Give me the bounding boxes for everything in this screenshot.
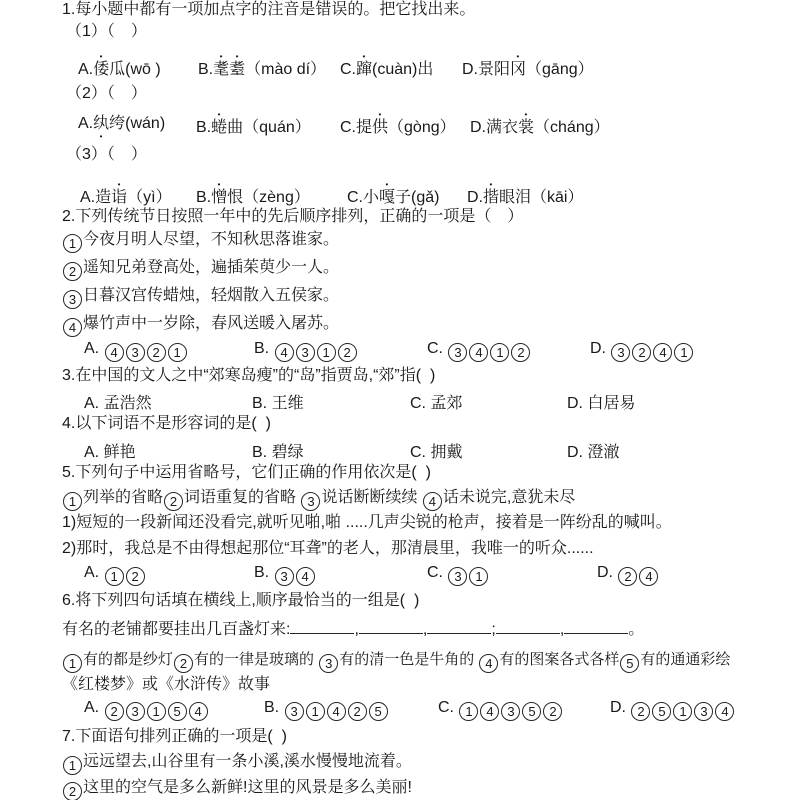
circled-number: 4 (479, 654, 498, 673)
circled-number: 1 (674, 343, 693, 362)
circled-number: 3 (275, 567, 294, 586)
q5-roles-line: 1列举的省略2词语重复的省略 3说话断断续续 4话未说完,意犹未尽 (62, 488, 575, 511)
option-a: A.纨绔(wán) (78, 110, 165, 141)
circled-number: 4 (189, 702, 208, 721)
option-suffix: (cuàn)出 (372, 61, 433, 78)
option-prefix: B. (196, 119, 211, 136)
option-prefix: C. (340, 61, 356, 78)
q3-header: 3.在中国的文人之中“郊寒岛瘦”的“岛”指贾岛,“郊”指( ) (62, 366, 435, 386)
item-text: 日暮汉宫传蜡烛，轻烟散入五侯家。 (83, 287, 339, 304)
phrase-text: 有的都是纱灯 (83, 651, 173, 668)
dotted-char: 憎 (211, 189, 227, 206)
option-d: D. 24 (597, 564, 659, 586)
circled-number: 2 (543, 702, 562, 721)
q4-header: 4.以下词语不是形容词的是( ) (62, 414, 271, 434)
q1-sub3-options-row: A.造诣（yì） B.憎恨（zèng） C.小嘎子(gǎ) D.揩眼泪（kāi） (0, 180, 800, 204)
q2-item-1: 1今夜月明人尽望，不知秋思落谁家。 (62, 230, 339, 253)
q1-sub1-label: （1）（ ） (66, 22, 147, 42)
circled-number: 1 (147, 702, 166, 721)
option-c: C. 31 (427, 564, 489, 586)
role-text: 词语重复的省略 (184, 489, 300, 506)
option-a: A. 4321 (84, 340, 188, 362)
q5-header: 5.下列句子中运用省略号，它们正确的作用依次是( ) (62, 463, 431, 483)
option-prefix: D. (467, 189, 483, 206)
circled-number: 2 (511, 343, 530, 362)
circled-number: 5 (652, 702, 671, 721)
circled-number: 3 (285, 702, 304, 721)
circled-number: 3 (448, 567, 467, 586)
dotted-char: 揩 (483, 189, 499, 206)
option-c: C.蹿(cuàn)出 (340, 52, 433, 79)
option-d: D.景阳冈（gāng） (462, 52, 594, 79)
option-b: B. 碧绿 (252, 439, 304, 462)
dotted-char: 嘎 (379, 189, 395, 206)
circled-number: 2 (632, 343, 651, 362)
punct: 。 (628, 621, 644, 638)
dotted-char: 蹿 (356, 61, 372, 78)
circled-number: 3 (694, 702, 713, 721)
option-prefix: D.景阳 (462, 61, 510, 78)
blank-underline (359, 618, 423, 634)
option-prefix: C.小 (347, 189, 379, 206)
q2-item-2: 2遥知兄弟登高处，遍插茱萸少一人。 (62, 258, 339, 281)
item-text: 这里的空气是多么新鲜!这里的风景是多么美丽! (83, 779, 412, 796)
circled-number: 2 (174, 654, 193, 673)
dotted-char: 耄耋 (213, 61, 245, 78)
option-a: A. 23154 (84, 699, 209, 721)
circled-number: 2 (164, 492, 183, 511)
option-b: B. 王维 (252, 390, 304, 413)
option-c: C. 拥戴 (410, 439, 462, 462)
circled-number: 3 (319, 654, 338, 673)
blank-underline (496, 618, 560, 634)
role-text: 说话断断续续 (321, 489, 421, 506)
circled-number: 3 (611, 343, 630, 362)
circled-number: 5 (369, 702, 388, 721)
option-suffix: （mào dí） (245, 61, 326, 78)
circled-number: 4 (715, 702, 734, 721)
option-label: C. (438, 699, 458, 716)
circled-number: 1 (105, 567, 124, 586)
option-label: D. (590, 340, 610, 357)
option-c: C.小嘎子(gǎ) (347, 180, 440, 207)
option-d: D. 白居易 (567, 390, 635, 413)
circled-number: 4 (469, 343, 488, 362)
blank-underline (290, 618, 354, 634)
dotted-char: 供 (372, 119, 388, 136)
circled-number: 4 (480, 702, 499, 721)
option-prefix: A. (78, 115, 93, 132)
option-c: C. 3412 (427, 340, 531, 362)
circled-number: 5 (522, 702, 541, 721)
option-prefix: A.造 (80, 189, 111, 206)
q2-item-3: 3日暮汉宫传蜡烛，轻烟散入五侯家。 (62, 286, 339, 309)
dotted-char: 蜷 (211, 119, 227, 136)
circled-number: 3 (296, 343, 315, 362)
phrase-text: 有的通通彩绘 (640, 651, 730, 668)
option-label: A. (84, 564, 104, 581)
q3-options-row: A. 孟浩然 B. 王维 C. 孟郊 D. 白居易 (0, 390, 800, 414)
q6-stem-line: 有名的老铺都要挂出几百盏灯来:,,;,。 (62, 618, 644, 640)
circled-number: 4 (653, 343, 672, 362)
option-label: B. (254, 564, 274, 581)
option-label: B. (264, 699, 284, 716)
option-label: A. (84, 340, 104, 357)
q6-header: 6.将下列四句话填在横线上,顺序最恰当的一组是( ) (62, 591, 419, 611)
q7-item-2: 2这里的空气是多么新鲜!这里的风景是多么美丽! (62, 778, 412, 800)
option-a: A. 鲜艳 (84, 439, 136, 462)
circled-number: 4 (296, 567, 315, 586)
circled-number: 5 (168, 702, 187, 721)
item-text: 爆竹声中一岁除，春风送暖入屠苏。 (83, 315, 339, 332)
circled-number: 1 (459, 702, 478, 721)
option-label: C. (427, 340, 447, 357)
blank-underline (564, 618, 628, 634)
q2-options-row: A. 4321 B. 4312 C. 3412 D. 3241 (0, 340, 800, 364)
option-label: D. (597, 564, 617, 581)
dotted-char: 裳 (518, 119, 534, 136)
option-suffix: 子(gǎ) (395, 189, 439, 206)
role-text: 话未说完,意犹未尽 (443, 489, 575, 506)
q6-phrases-line: 1有的都是纱灯2有的一律是玻璃的 3有的清一色是牛角的 4有的图案各式各样5有的… (62, 650, 730, 673)
option-b: B. 34 (254, 564, 316, 586)
circled-number: 2 (105, 702, 124, 721)
option-suffix: （yì） (127, 189, 171, 206)
phrase-text: 有的图案各式各样 (499, 651, 619, 668)
item-text: 遥知兄弟登高处，遍插茱萸少一人。 (83, 259, 339, 276)
exam-page: 1.每小题中都有一项加点字的注音是错误的。把它找出来。 （1）（ ） A.倭瓜(… (0, 0, 800, 800)
q4-options-row: A. 鲜艳 B. 碧绿 C. 拥戴 D. 澄澈 (0, 439, 800, 463)
circled-number: 2 (63, 262, 82, 281)
q5-options-row: A. 12 B. 34 C. 31 D. 24 (0, 564, 800, 588)
circled-number: 3 (301, 492, 320, 511)
circled-number: 4 (639, 567, 658, 586)
circled-number: 2 (147, 343, 166, 362)
circled-number: 4 (423, 492, 442, 511)
circled-number: 1 (63, 492, 82, 511)
phrase-text: 有的清一色是牛角的 (339, 651, 478, 668)
option-prefix: D.满衣 (470, 119, 518, 136)
q1-sub1-options-row: A.倭瓜(wō ) B.耄耋（mào dí） C.蹿(cuàn)出 D.景阳冈（… (0, 52, 800, 76)
option-prefix: A. (78, 61, 93, 78)
circled-number: 4 (275, 343, 294, 362)
circled-number: 3 (126, 702, 145, 721)
option-d: D.揩眼泪（kāi） (467, 180, 583, 207)
q7-item-1: 1远远望去,山谷里有一条小溪,溪水慢慢地流着。 (62, 752, 412, 775)
option-label: C. (427, 564, 447, 581)
dotted-char: 倭 (93, 61, 109, 78)
circled-number: 2 (631, 702, 650, 721)
option-d: D.满衣裳（cháng） (470, 110, 610, 137)
q6-phrases-tail: 《红楼梦》或《水浒传》故事 (62, 675, 270, 695)
option-suffix: 恨（zèng） (227, 189, 310, 206)
option-a: A. 12 (84, 564, 146, 586)
option-suffix: 曲（quán） (227, 119, 311, 136)
option-a: A. 孟浩然 (84, 390, 152, 413)
circled-number: 1 (63, 234, 82, 253)
q7-header: 7.下面语句排列正确的一项是( ) (62, 727, 287, 747)
dotted-char: 冈 (510, 61, 526, 78)
q1-sub3-label: （3）（ ） (66, 145, 147, 165)
q6-options-row: A. 23154 B. 31425 C. 14352 D. 25134 (0, 699, 800, 723)
circled-number: 2 (348, 702, 367, 721)
option-suffix: 绔(wán) (109, 115, 165, 132)
option-d: D. 3241 (590, 340, 694, 362)
q5-sentence-2: 2)那时，我总是不由得想起那位“耳聋”的老人，那清晨里，我唯一的听众...... (62, 539, 594, 559)
circled-number: 3 (448, 343, 467, 362)
dotted-char: 诣 (111, 189, 127, 206)
option-d: D. 澄澈 (567, 439, 619, 462)
option-suffix: （gāng） (526, 61, 594, 78)
item-text: 今夜月明人尽望，不知秋思落谁家。 (83, 231, 339, 248)
circled-number: 1 (63, 654, 82, 673)
q1-sub2-options-row: A.纨绔(wán) B.蜷曲（quán） C.提供（gòng） D.满衣裳（ch… (0, 110, 800, 134)
circled-number: 1 (63, 756, 82, 775)
option-c: C.提供（gòng） (340, 110, 456, 137)
circled-number: 1 (490, 343, 509, 362)
option-c: C. 14352 (438, 699, 563, 721)
q5-sentence-1: 1)短短的一段新闻还没看完,就听见啪,啪 .....几声尖锐的枪声，接着是一阵纷… (62, 513, 672, 533)
circled-number: 1 (168, 343, 187, 362)
circled-number: 4 (63, 318, 82, 337)
option-a: A.倭瓜(wō ) (78, 52, 161, 79)
circled-number: 1 (469, 567, 488, 586)
role-text: 列举的省略 (83, 489, 163, 506)
option-suffix: （cháng） (534, 119, 610, 136)
option-d: D. 25134 (610, 699, 735, 721)
option-suffix: 瓜(wō ) (109, 61, 161, 78)
option-suffix: 眼泪（kāi） (499, 189, 583, 206)
option-c: C. 孟郊 (410, 390, 462, 413)
option-b: B.憎恨（zèng） (196, 180, 310, 207)
option-a: A.造诣（yì） (80, 180, 172, 207)
circled-number: 4 (327, 702, 346, 721)
circled-number: 1 (317, 343, 336, 362)
q1-header: 1.每小题中都有一项加点字的注音是错误的。把它找出来。 (62, 0, 475, 20)
circled-number: 3 (501, 702, 520, 721)
stem-text: 有名的老铺都要挂出几百盏灯来: (62, 621, 290, 638)
q2-header: 2.下列传统节日按照一年中的先后顺序排列，正确的一项是（ ） (62, 207, 523, 227)
q1-sub2-label: （2）（ ） (66, 84, 147, 104)
blank-underline (427, 618, 491, 634)
option-prefix: B. (198, 61, 213, 78)
option-b: B.蜷曲（quán） (196, 110, 311, 137)
option-label: D. (610, 699, 630, 716)
circled-number: 2 (63, 782, 82, 800)
option-b: B. 31425 (264, 699, 389, 721)
circled-number: 5 (620, 654, 639, 673)
option-b: B. 4312 (254, 340, 358, 362)
q2-item-4: 4爆竹声中一岁除，春风送暖入屠苏。 (62, 314, 339, 337)
phrase-text: 有的一律是玻璃的 (194, 651, 318, 668)
item-text: 远远望去,山谷里有一条小溪,溪水慢慢地流着。 (83, 753, 412, 770)
circled-number: 2 (338, 343, 357, 362)
circled-number: 1 (673, 702, 692, 721)
circled-number: 4 (105, 343, 124, 362)
option-b: B.耄耋（mào dí） (198, 52, 326, 79)
circled-number: 2 (126, 567, 145, 586)
circled-number: 1 (306, 702, 325, 721)
option-prefix: B. (196, 189, 211, 206)
option-suffix: （gòng） (388, 119, 456, 136)
dotted-char: 纨 (93, 115, 109, 132)
option-prefix: C.提 (340, 119, 372, 136)
circled-number: 3 (63, 290, 82, 309)
option-label: B. (254, 340, 274, 357)
option-label: A. (84, 699, 104, 716)
circled-number: 3 (126, 343, 145, 362)
circled-number: 2 (618, 567, 637, 586)
